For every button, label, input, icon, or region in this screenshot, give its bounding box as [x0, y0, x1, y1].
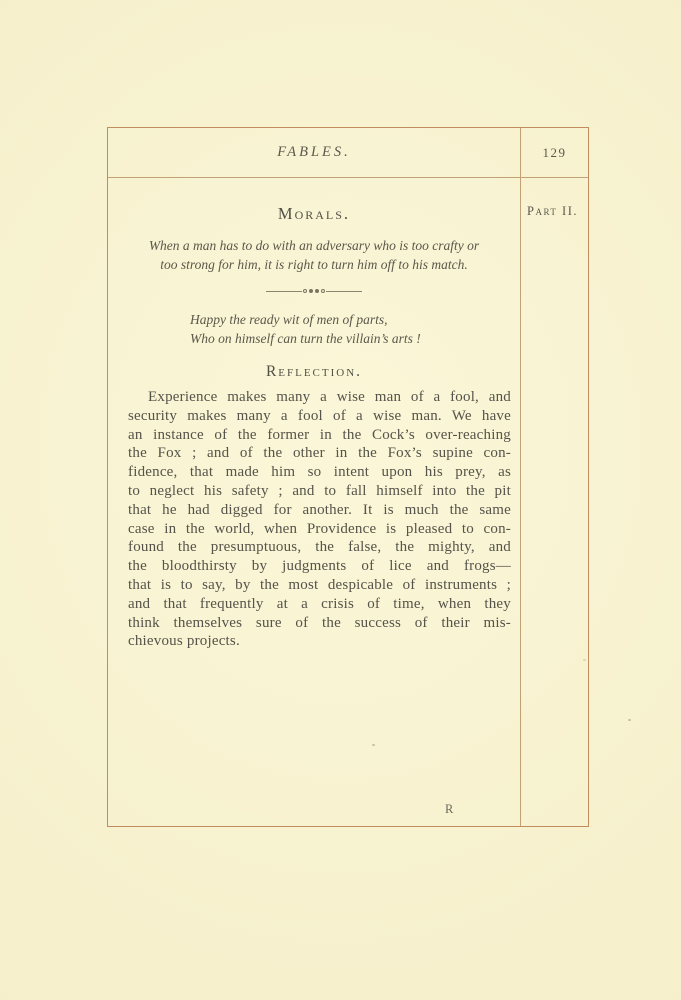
paragraph-line: fidence, that made him so intent upon hi… — [128, 463, 511, 482]
paragraph-line: the bloodthirsty by judgments of lice an… — [128, 557, 511, 576]
morals-text: When a man has to do with an adversary w… — [108, 236, 520, 274]
verse-couplet: Happy the ready wit of men of parts, Who… — [108, 311, 520, 348]
paragraph-line: that is to say, by the most despicable o… — [128, 576, 511, 595]
margin-column: Part II. — [521, 178, 588, 826]
page-frame: FABLES. 129 Morals. When a man has to do… — [107, 127, 589, 827]
page-number: 129 — [543, 145, 567, 161]
running-title: FABLES. — [277, 144, 351, 161]
reflection-paragraph: Experience makes many a wise man of a fo… — [108, 388, 520, 651]
part-label: Part II. — [521, 204, 588, 219]
morals-line: too strong for him, it is right to turn … — [108, 255, 520, 274]
paragraph-line: chievous projects. — [128, 632, 511, 651]
ornament-bead — [321, 289, 325, 293]
paragraph-line: to neglect his safety ; and to fall hims… — [128, 482, 511, 501]
page-number-cell: 129 — [521, 128, 588, 177]
paragraph-line: the Fox ; and of the other in the Fox’s … — [128, 444, 511, 463]
reflection-heading: Reflection. — [108, 364, 520, 380]
paragraph-line: Experience makes many a wise man of a fo… — [148, 388, 511, 407]
page-header: FABLES. 129 — [108, 128, 588, 178]
paragraph-line: that he had digged for another. It is mu… — [128, 501, 511, 520]
paragraph-line: think themselves sure of the success of … — [128, 614, 511, 633]
ornament-bead — [309, 289, 313, 293]
page-body: Morals. When a man has to do with an adv… — [108, 178, 588, 826]
paper-speck — [628, 719, 631, 721]
paragraph-line: an instance of the former in the Cock’s … — [128, 426, 511, 445]
ornament-bead — [315, 289, 319, 293]
morals-line: When a man has to do with an adversary w… — [108, 236, 520, 255]
signature-mark: R — [445, 802, 453, 817]
ornament-rule-left — [266, 291, 302, 292]
paragraph-line: case in the world, when Providence is pl… — [128, 520, 511, 539]
ornament-rule-right — [326, 291, 362, 292]
main-text-column: Morals. When a man has to do with an adv… — [108, 178, 521, 826]
verse-line: Who on himself can turn the villain’s ar… — [190, 330, 520, 349]
verse-line: Happy the ready wit of men of parts, — [190, 311, 520, 330]
ornament-bead — [303, 289, 307, 293]
book-page-scan: FABLES. 129 Morals. When a man has to do… — [0, 0, 681, 1000]
running-title-cell: FABLES. — [108, 128, 521, 177]
morals-heading: Morals. — [108, 204, 520, 224]
paragraph-line: and that frequently at a crisis of time,… — [128, 595, 511, 614]
divider-ornament — [266, 288, 362, 294]
paragraph-line: security makes many a fool of a wise man… — [128, 407, 511, 426]
paragraph-line: found the presumptuous, the false, the m… — [128, 538, 511, 557]
